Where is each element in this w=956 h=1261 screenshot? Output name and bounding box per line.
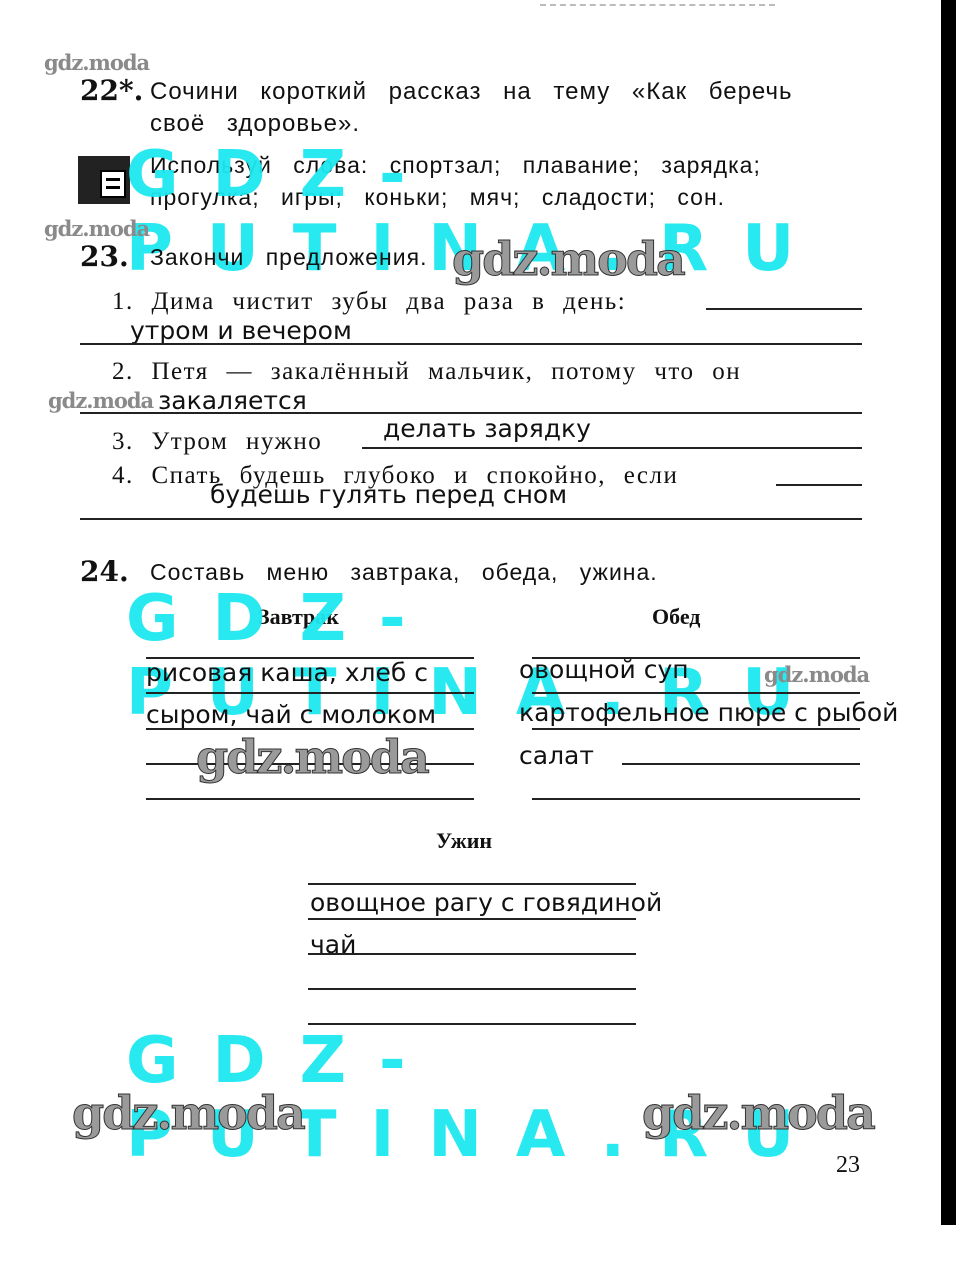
exercise-22-number: 22*. bbox=[80, 74, 143, 107]
answer-line bbox=[532, 798, 860, 800]
watermark-big: gdz.moda bbox=[642, 1086, 874, 1140]
dinner-heading: Ужин bbox=[436, 828, 492, 854]
sentence-1-answer[interactable]: утром и вечером bbox=[130, 316, 352, 345]
watermark-big: gdz.moda bbox=[196, 730, 428, 784]
exercise-22-task-line1: Сочини короткий рассказ на тему «Как бер… bbox=[150, 78, 792, 106]
watermark-small: gdz.moda bbox=[44, 216, 149, 241]
top-scan-artifact bbox=[540, 4, 775, 6]
answer-line bbox=[80, 518, 862, 520]
answer-line bbox=[308, 988, 636, 990]
answer-line bbox=[532, 728, 860, 730]
sentence-4-answer[interactable]: будешь гулять перед сном bbox=[210, 480, 567, 509]
sentence-2-answer[interactable]: закаляется bbox=[158, 386, 307, 415]
answer-line bbox=[706, 308, 862, 310]
watermark-small: gdz.moda bbox=[48, 388, 153, 413]
watermark-big: gdz.moda bbox=[452, 232, 684, 286]
answer-line bbox=[308, 883, 636, 885]
exercise-24-number: 24. bbox=[80, 555, 129, 588]
lunch-line-1[interactable]: овощной суп bbox=[519, 655, 689, 684]
lunch-line-3[interactable]: салат bbox=[519, 741, 594, 770]
answer-line bbox=[146, 692, 474, 694]
page-number: 23 bbox=[836, 1152, 860, 1179]
answer-line bbox=[532, 692, 860, 694]
exercise-22-task-line2: своё здоровье». bbox=[150, 110, 360, 138]
sentence-3-prompt: 3. Утром нужно bbox=[112, 428, 322, 456]
breakfast-line-2[interactable]: сыром, чай с молоком bbox=[146, 700, 436, 729]
answer-line bbox=[80, 343, 862, 345]
answer-line bbox=[776, 484, 862, 486]
hint-hand-icon bbox=[78, 156, 130, 204]
exercise-23-task: Закончи предложения. bbox=[150, 244, 427, 271]
answer-line bbox=[146, 798, 474, 800]
lunch-line-2[interactable]: картофельное пюре с рыбой bbox=[519, 698, 898, 727]
watermark-big: gdz.moda bbox=[72, 1086, 304, 1140]
breakfast-line-1[interactable]: рисовая каша, хлеб с bbox=[146, 658, 428, 687]
watermark-small: gdz.moda bbox=[764, 662, 869, 687]
answer-line bbox=[308, 918, 636, 920]
exercise-23-number: 23. bbox=[80, 240, 129, 273]
answer-line bbox=[622, 763, 860, 765]
dinner-line-1[interactable]: овощное рагу с говядиной bbox=[310, 888, 662, 917]
answer-line bbox=[362, 447, 862, 449]
watermark-small: gdz.moda bbox=[44, 50, 149, 75]
sentence-2-prompt: 2. Петя — закалённый мальчик, потому что… bbox=[112, 358, 741, 386]
sentence-3-answer[interactable]: делать зарядку bbox=[383, 414, 591, 443]
sentence-1-prompt: 1. Дима чистит зубы два раза в день: bbox=[112, 288, 626, 316]
answer-line bbox=[308, 953, 636, 955]
